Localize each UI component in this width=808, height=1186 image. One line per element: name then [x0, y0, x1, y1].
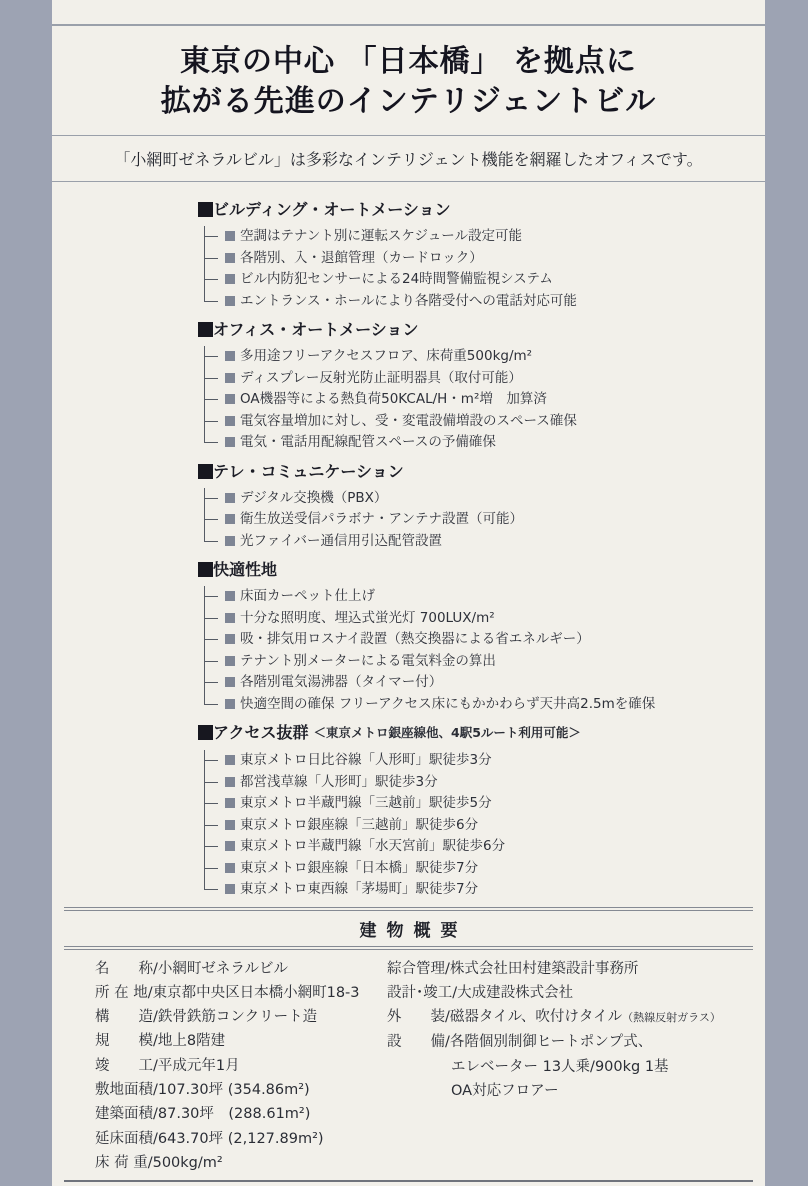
gray-square-bullet-icon	[225, 253, 235, 263]
summary-row: 構 造/鉄骨鉄筋コンクリート造	[95, 1005, 387, 1029]
gray-square-bullet-icon	[225, 677, 235, 687]
black-square-icon	[198, 725, 213, 740]
page-subtitle: 「小網町ゼネラルビル」は多彩なインテリジェント機能を網羅したオフィスです。	[114, 150, 702, 169]
feature-item-text: 各階別、入・退館管理（カードロック）	[240, 250, 483, 266]
feature-item-text: 吸・排気用ロスナイ設置（熱交換器による省エネルギー）	[240, 631, 590, 647]
building-summary-columns: 名 称/小網町ゼネラルビル所 在 地/東京都中央区日本橋小網町18-3構 造/鉄…	[52, 957, 765, 1176]
feature-item: 衛生放送受信パラボナ・アンテナ設置（可能）	[204, 509, 765, 531]
feature-item: 吸・排気用ロスナイ設置（熱交換器による省エネルギー）	[204, 629, 765, 651]
feature-item: 東京メトロ東西線「茅場町」駅徒歩7分	[204, 879, 765, 901]
feature-item-text: 東京メトロ銀座線「三越前」駅徒歩6分	[240, 817, 478, 833]
feature-item: 多用途フリーアクセスフロア、床荷重500kg/m²	[204, 346, 765, 368]
feature-section-note: ＜東京メトロ銀座線他、4駅5ルート利用可能＞	[314, 721, 581, 745]
summary-row: 規 模/地上8階建	[95, 1029, 387, 1053]
gray-square-bullet-icon	[225, 777, 235, 787]
feature-item: テナント別メーターによる電気料金の算出	[204, 651, 765, 673]
gray-square-bullet-icon	[225, 613, 235, 623]
feature-item-text: OA機器等による熱負荷50KCAL/H・m²増 加算済	[240, 391, 547, 407]
feature-section-title: テレ・コミュニケーション	[213, 460, 404, 483]
feature-item: 電気・電話用配線配管スペースの予備確保	[204, 432, 765, 454]
summary-row: 外 装/磁器タイル、吹付けタイル（熱線反射ガラス）	[387, 1005, 765, 1030]
gray-square-bullet-icon	[225, 514, 235, 524]
bottom-divider	[64, 1180, 753, 1182]
feature-item-text: 電気容量増加に対し、受・変電設備増設のスペース確保	[240, 413, 577, 429]
summary-row: 建築面積/87.30坪 (288.61m²)	[95, 1102, 387, 1126]
feature-item: 東京メトロ半蔵門線「三越前」駅徒歩5分	[204, 793, 765, 815]
feature-item: 各階別電気湯沸器（タイマー付）	[204, 672, 765, 694]
gray-square-bullet-icon	[225, 699, 235, 709]
feature-item-text: 東京メトロ半蔵門線「三越前」駅徒歩5分	[240, 795, 492, 811]
feature-item: 十分な照明度、埋込式蛍光灯 700LUX/m²	[204, 608, 765, 630]
feature-item-text: 十分な照明度、埋込式蛍光灯 700LUX/m²	[240, 610, 495, 626]
feature-item-text: 東京メトロ日比谷線「人形町」駅徒歩3分	[240, 752, 492, 768]
feature-item-list: デジタル交換機（PBX）衛生放送受信パラボナ・アンテナ設置（可能）光ファイバー通…	[204, 488, 765, 553]
feature-item: 都営浅草線「人形町」駅徒歩3分	[204, 772, 765, 794]
feature-item-list: 多用途フリーアクセスフロア、床荷重500kg/m²ディスプレー反射光防止証明器具…	[204, 346, 765, 454]
feature-item: エントランス・ホールにより各階受付への電話対応可能	[204, 291, 765, 313]
paper-sheet: 東京の中心 「日本橋」 を拠点に 拡がる先進のインテリジェントビル 「小網町ゼネ…	[52, 0, 765, 1186]
feature-section-header: ビルディング・オートメーション	[198, 198, 765, 221]
gray-square-bullet-icon	[225, 820, 235, 830]
summary-row: 設 備/各階個別制御ヒートポンプ式、	[387, 1030, 765, 1054]
gray-square-bullet-icon	[225, 437, 235, 447]
feature-section: アクセス抜群＜東京メトロ銀座線他、4駅5ルート利用可能＞東京メトロ日比谷線「人形…	[198, 721, 765, 901]
black-square-icon	[198, 562, 213, 577]
summary-right-column: 綜合管理/株式会社田村建築設計事務所設計･竣工/大成建設株式会社外 装/磁器タイ…	[387, 957, 765, 1176]
feature-item-text: 都営浅草線「人形町」駅徒歩3分	[240, 774, 438, 790]
feature-item-text: 多用途フリーアクセスフロア、床荷重500kg/m²	[240, 348, 532, 364]
feature-section-header: オフィス・オートメーション	[198, 318, 765, 341]
feature-section-header: 快適性地	[198, 558, 765, 581]
gray-square-bullet-icon	[225, 884, 235, 894]
feature-item-text: 各階別電気湯沸器（タイマー付）	[240, 674, 442, 690]
gray-square-bullet-icon	[225, 863, 235, 873]
feature-item: 東京メトロ銀座線「日本橋」駅徒歩7分	[204, 858, 765, 880]
gray-square-bullet-icon	[225, 656, 235, 666]
summary-row: 所 在 地/東京都中央区日本橋小網町18-3	[95, 981, 387, 1005]
gray-square-bullet-icon	[225, 231, 235, 241]
feature-section-title: 快適性地	[213, 558, 277, 581]
black-square-icon	[198, 202, 213, 217]
feature-item-list: 床面カーペット仕上げ十分な照明度、埋込式蛍光灯 700LUX/m²吸・排気用ロス…	[204, 586, 765, 715]
scanned-brochure-page: 東京の中心 「日本橋」 を拠点に 拡がる先進のインテリジェントビル 「小網町ゼネ…	[0, 0, 808, 1186]
feature-item-text: エントランス・ホールにより各階受付への電話対応可能	[240, 293, 577, 309]
feature-item-text: 光ファイバー通信用引込配管設置	[240, 533, 442, 549]
summary-row: 竣 工/平成元年1月	[95, 1054, 387, 1078]
feature-sections: ビルディング・オートメーション空調はテナント別に運転スケジュール設定可能各階別、…	[52, 182, 765, 901]
feature-section-header: アクセス抜群＜東京メトロ銀座線他、4駅5ルート利用可能＞	[198, 721, 765, 745]
summary-row: 延床面積/643.70坪 (2,127.89m²)	[95, 1127, 387, 1151]
gray-square-bullet-icon	[225, 274, 235, 284]
feature-item-text: 空調はテナント別に運転スケジュール設定可能	[240, 228, 522, 244]
summary-row: 床 荷 重/500kg/m²	[95, 1151, 387, 1175]
feature-item: 電気容量増加に対し、受・変電設備増設のスペース確保	[204, 411, 765, 433]
summary-row: 敷地面積/107.30坪 (354.86m²)	[95, 1078, 387, 1102]
feature-section-title: ビルディング・オートメーション	[213, 198, 451, 221]
feature-section-title: オフィス・オートメーション	[213, 318, 418, 341]
feature-item: 東京メトロ日比谷線「人形町」駅徒歩3分	[204, 750, 765, 772]
gray-square-bullet-icon	[225, 755, 235, 765]
feature-item-text: 東京メトロ銀座線「日本橋」駅徒歩7分	[240, 860, 478, 876]
feature-item-text: ビル内防犯センサーによる24時間警備監視システム	[240, 271, 553, 287]
feature-item-text: 東京メトロ東西線「茅場町」駅徒歩7分	[240, 881, 478, 897]
feature-item: ビル内防犯センサーによる24時間警備監視システム	[204, 269, 765, 291]
feature-item: 東京メトロ銀座線「三越前」駅徒歩6分	[204, 815, 765, 837]
feature-item: デジタル交換機（PBX）	[204, 488, 765, 510]
summary-row: 名 称/小網町ゼネラルビル	[95, 957, 387, 981]
feature-section-header: テレ・コミュニケーション	[198, 460, 765, 483]
feature-item: ディスプレー反射光防止証明器具（取付可能）	[204, 368, 765, 390]
subtitle-band: 「小網町ゼネラルビル」は多彩なインテリジェント機能を網羅したオフィスです。	[52, 135, 765, 182]
feature-item-text: 東京メトロ半蔵門線「水天宮前」駅徒歩6分	[240, 838, 505, 854]
black-square-icon	[198, 322, 213, 337]
feature-item-text: 床面カーペット仕上げ	[240, 588, 375, 604]
feature-item-text: テナント別メーターによる電気料金の算出	[240, 653, 496, 669]
gray-square-bullet-icon	[225, 493, 235, 503]
summary-row: OA対応フロアー	[387, 1079, 765, 1103]
feature-item-list: 東京メトロ日比谷線「人形町」駅徒歩3分都営浅草線「人形町」駅徒歩3分東京メトロ半…	[204, 750, 765, 901]
feature-item: 空調はテナント別に運転スケジュール設定可能	[204, 226, 765, 248]
top-divider	[52, 24, 765, 26]
feature-item: 東京メトロ半蔵門線「水天宮前」駅徒歩6分	[204, 836, 765, 858]
feature-section: テレ・コミュニケーションデジタル交換機（PBX）衛生放送受信パラボナ・アンテナ設…	[198, 460, 765, 553]
building-summary-heading: 建物概要	[64, 907, 753, 950]
summary-row: 設計･竣工/大成建設株式会社	[387, 981, 765, 1005]
feature-item: 各階別、入・退館管理（カードロック）	[204, 248, 765, 270]
feature-item-text: 快適空間の確保 フリーアクセス床にもかかわらず天井高2.5mを確保	[240, 696, 655, 712]
summary-row: 綜合管理/株式会社田村建築設計事務所	[387, 957, 765, 981]
feature-item: OA機器等による熱負荷50KCAL/H・m²増 加算済	[204, 389, 765, 411]
feature-section: 快適性地床面カーペット仕上げ十分な照明度、埋込式蛍光灯 700LUX/m²吸・排…	[198, 558, 765, 715]
page-title-line1: 東京の中心 「日本橋」 を拠点に	[52, 42, 765, 82]
gray-square-bullet-icon	[225, 373, 235, 383]
feature-item: 快適空間の確保 フリーアクセス床にもかかわらず天井高2.5mを確保	[204, 694, 765, 716]
gray-square-bullet-icon	[225, 591, 235, 601]
feature-section: ビルディング・オートメーション空調はテナント別に運転スケジュール設定可能各階別、…	[198, 198, 765, 312]
summary-row-small-note: （熱線反射ガラス）	[622, 1011, 721, 1024]
feature-item: 光ファイバー通信用引込配管設置	[204, 531, 765, 553]
feature-item-text: 衛生放送受信パラボナ・アンテナ設置（可能）	[240, 511, 523, 527]
gray-square-bullet-icon	[225, 634, 235, 644]
summary-left-column: 名 称/小網町ゼネラルビル所 在 地/東京都中央区日本橋小網町18-3構 造/鉄…	[95, 957, 387, 1176]
gray-square-bullet-icon	[225, 351, 235, 361]
gray-square-bullet-icon	[225, 416, 235, 426]
feature-item: 床面カーペット仕上げ	[204, 586, 765, 608]
black-square-icon	[198, 464, 213, 479]
gray-square-bullet-icon	[225, 296, 235, 306]
gray-square-bullet-icon	[225, 536, 235, 546]
feature-section-title: アクセス抜群	[213, 721, 309, 744]
summary-row: エレベーター 13人乗/900kg 1基	[387, 1055, 765, 1079]
feature-item-text: 電気・電話用配線配管スペースの予備確保	[240, 434, 496, 450]
feature-item-list: 空調はテナント別に運転スケジュール設定可能各階別、入・退館管理（カードロック）ビ…	[204, 226, 765, 312]
building-summary: 建物概要 名 称/小網町ゼネラルビル所 在 地/東京都中央区日本橋小網町18-3…	[52, 907, 765, 1183]
feature-item-text: ディスプレー反射光防止証明器具（取付可能）	[240, 370, 522, 386]
gray-square-bullet-icon	[225, 841, 235, 851]
page-title-line2: 拡がる先進のインテリジェントビル	[52, 82, 765, 122]
feature-item-text: デジタル交換機（PBX）	[240, 490, 387, 506]
page-title: 東京の中心 「日本橋」 を拠点に 拡がる先進のインテリジェントビル	[52, 42, 765, 122]
feature-section: オフィス・オートメーション多用途フリーアクセスフロア、床荷重500kg/m²ディ…	[198, 318, 765, 454]
gray-square-bullet-icon	[225, 798, 235, 808]
gray-square-bullet-icon	[225, 394, 235, 404]
